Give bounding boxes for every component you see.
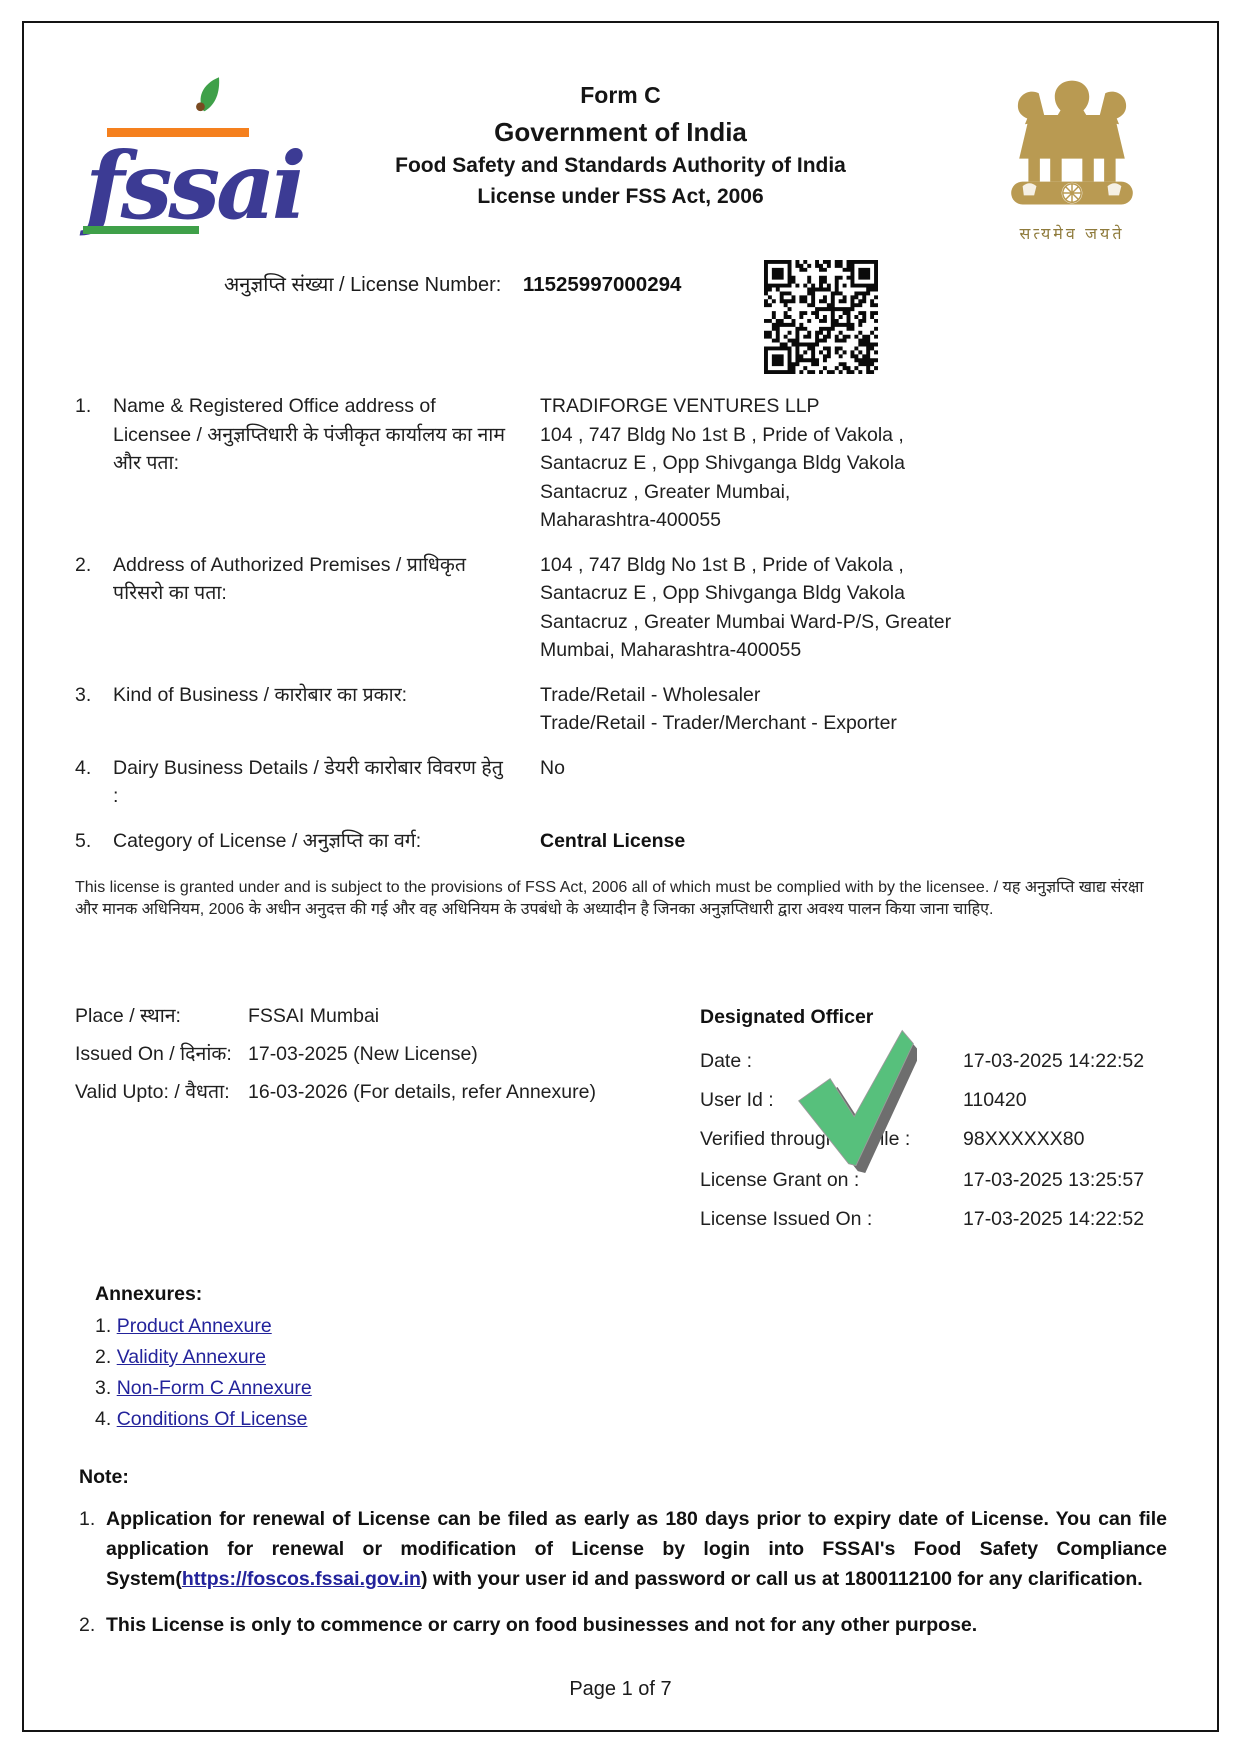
- valid-upto-row: Valid Upto: / वैधता: 16-03-2026 (For det…: [75, 1078, 655, 1106]
- detail-row-kind-of-business: 3. Kind of Business / कारोबार का प्रकार:…: [75, 681, 1166, 738]
- officer-mobile-value: 98XXXXXX80: [963, 1126, 1166, 1153]
- verified-checkmark-icon: [795, 1025, 917, 1173]
- note-text-post: ) with your user id and password or call…: [421, 1568, 1143, 1590]
- place-value: FSSAI Mumbai: [248, 1002, 655, 1030]
- detail-row-dairy-business: 4. Dairy Business Details / डेयरी कारोबा…: [75, 754, 1166, 811]
- issue-and-officer-section: Place / स्थान: FSSAI Mumbai Issued On / …: [75, 1002, 1166, 1252]
- non-form-c-annexure-link[interactable]: Non-Form C Annexure: [117, 1377, 312, 1399]
- note-item-purpose: 2. This License is only to commence or c…: [79, 1610, 1167, 1640]
- product-annexure-link[interactable]: Product Annexure: [117, 1315, 272, 1337]
- note-item-number: 2.: [79, 1610, 106, 1640]
- place-row: Place / स्थान: FSSAI Mumbai: [75, 1002, 655, 1030]
- officer-userid-value: 110420: [963, 1087, 1166, 1114]
- annexure-item: 1. Product Annexure: [95, 1312, 312, 1341]
- conditions-of-license-link[interactable]: Conditions Of License: [117, 1408, 308, 1430]
- detail-row-license-category: 5. Category of License / अनुज्ञप्ति का व…: [75, 827, 1166, 856]
- license-issued-value: 17-03-2025 14:22:52: [963, 1206, 1166, 1233]
- page-number: Page 1 of 7: [0, 1678, 1241, 1701]
- license-grant-row: License Grant on : 17-03-2025 13:25:57: [700, 1167, 1166, 1194]
- note-section: Note: 1. Application for renewal of Lice…: [79, 1462, 1167, 1656]
- license-issued-row: License Issued On : 17-03-2025 14:22:52: [700, 1206, 1166, 1233]
- note-item-number: 1.: [79, 1504, 106, 1594]
- license-number-label: अनुज्ञप्ति संख्या / License Number:: [224, 274, 501, 296]
- license-document-page: fssai Form C Government of India Food Sa…: [0, 0, 1241, 1754]
- issued-on-value: 17-03-2025 (New License): [248, 1040, 655, 1068]
- detail-label: Address of Authorized Premises / प्राधिक…: [113, 551, 540, 665]
- annexure-number: 2.: [95, 1346, 111, 1368]
- annexures-section: Annexures: 1. Product Annexure 2. Validi…: [95, 1280, 312, 1436]
- emblem-caption: सत्यमेव जयते: [988, 222, 1156, 244]
- annexures-title: Annexures:: [95, 1280, 312, 1309]
- issued-on-label: Issued On / दिनांक:: [75, 1040, 248, 1068]
- note-title: Note:: [79, 1462, 1167, 1492]
- designated-officer-block: Designated Officer Date : 17-03-2025 14:…: [700, 1002, 1166, 1245]
- detail-value: 104 , 747 Bldg No 1st B , Pride of Vakol…: [540, 551, 1166, 665]
- annexure-item: 3. Non-Form C Annexure: [95, 1374, 312, 1403]
- officer-date-value: 17-03-2025 14:22:52: [963, 1048, 1166, 1075]
- india-emblem: सत्यमेव जयते: [988, 76, 1156, 244]
- detail-number: 4.: [75, 754, 113, 811]
- note-item-text: This License is only to commence or carr…: [106, 1610, 1167, 1640]
- lion-capital-icon: [997, 76, 1147, 216]
- validity-annexure-link[interactable]: Validity Annexure: [117, 1346, 266, 1368]
- fssai-logo-green-bar: [83, 226, 199, 234]
- officer-mobile-row: Verified through Mobile : 98XXXXXX80: [700, 1126, 1166, 1153]
- detail-label: Category of License / अनुज्ञप्ति का वर्ग…: [113, 827, 540, 856]
- note-item-text: Application for renewal of License can b…: [106, 1504, 1167, 1594]
- annexure-number: 4.: [95, 1408, 111, 1430]
- detail-value: Trade/Retail - Wholesaler Trade/Retail -…: [540, 681, 1166, 738]
- license-details-list: 1. Name & Registered Office address of L…: [75, 392, 1166, 871]
- license-issued-label: License Issued On :: [700, 1206, 963, 1233]
- designated-officer-title: Designated Officer: [700, 1002, 1166, 1032]
- grant-provision-text: This license is granted under and is sub…: [75, 877, 1167, 920]
- detail-row-licensee: 1. Name & Registered Office address of L…: [75, 392, 1166, 535]
- detail-value: TRADIFORGE VENTURES LLP 104 , 747 Bldg N…: [540, 392, 1166, 535]
- annexure-item: 4. Conditions Of License: [95, 1405, 312, 1434]
- officer-userid-row: User Id : 110420: [700, 1087, 1166, 1114]
- detail-row-premises: 2. Address of Authorized Premises / प्रा…: [75, 551, 1166, 665]
- annexure-item: 2. Validity Annexure: [95, 1343, 312, 1372]
- qr-code: [764, 260, 878, 374]
- license-number-value: 11525997000294: [523, 273, 682, 296]
- license-grant-value: 17-03-2025 13:25:57: [963, 1167, 1166, 1194]
- valid-upto-value: 16-03-2026 (For details, refer Annexure): [248, 1078, 655, 1106]
- detail-value: Central License: [540, 827, 1166, 856]
- detail-label: Kind of Business / कारोबार का प्रकार:: [113, 681, 540, 738]
- officer-date-row: Date : 17-03-2025 14:22:52: [700, 1048, 1166, 1075]
- annexure-number: 3.: [95, 1377, 111, 1399]
- detail-label: Dairy Business Details / डेयरी कारोबार व…: [113, 754, 540, 811]
- detail-number: 3.: [75, 681, 113, 738]
- note-item-renewal: 1. Application for renewal of License ca…: [79, 1504, 1167, 1594]
- place-label: Place / स्थान:: [75, 1002, 248, 1030]
- detail-value: No: [540, 754, 1166, 811]
- detail-number: 5.: [75, 827, 113, 856]
- valid-upto-label: Valid Upto: / वैधता:: [75, 1078, 248, 1106]
- issue-info: Place / स्थान: FSSAI Mumbai Issued On / …: [75, 1002, 655, 1116]
- detail-number: 2.: [75, 551, 113, 665]
- annexure-number: 1.: [95, 1315, 111, 1337]
- detail-number: 1.: [75, 392, 113, 535]
- license-number-line: अनुज्ञप्ति संख्या / License Number: 1152…: [224, 270, 681, 297]
- detail-label: Name & Registered Office address of Lice…: [113, 392, 540, 535]
- issued-on-row: Issued On / दिनांक: 17-03-2025 (New Lice…: [75, 1040, 655, 1068]
- foscos-link[interactable]: https://foscos.fssai.gov.in: [182, 1568, 421, 1590]
